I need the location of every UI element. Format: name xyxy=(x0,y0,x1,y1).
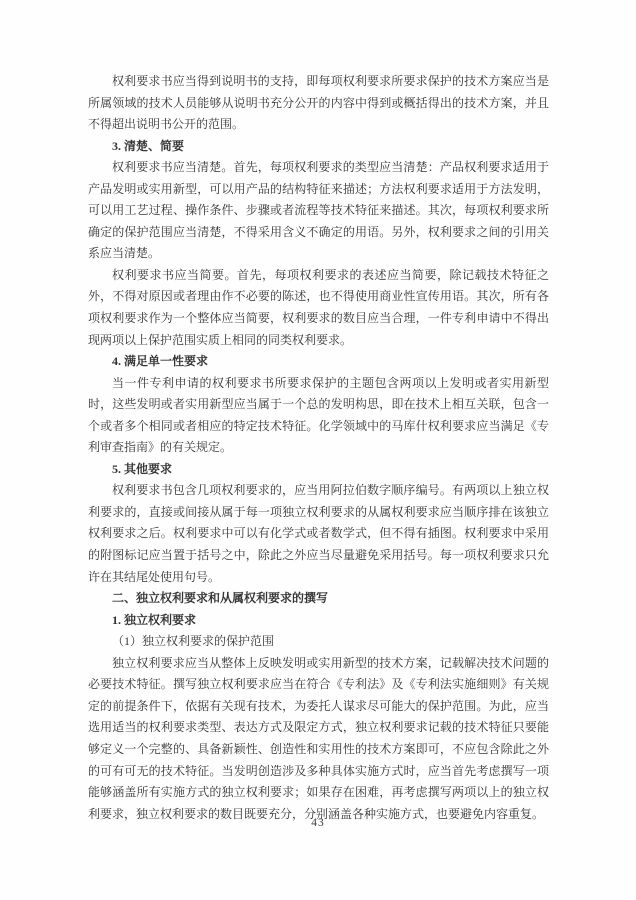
section-heading: 二、独立权利要求和从属权利要求的撰写 xyxy=(88,588,549,610)
paragraph: 权利要求书应当得到说明书的支持，即每项权利要求所要求保护的技术方案应当是所属领域… xyxy=(88,71,549,136)
paragraph: 权利要求书包含几项权利要求的，应当用阿拉伯数字顺序编号。有两项以上独立权利要求的… xyxy=(88,480,549,588)
paragraph: 当一件专利申请的权利要求书所要求保护的主题包含两项以上发明或者实用新型时，这些发… xyxy=(88,373,549,459)
paragraph: 权利要求书应当清楚。首先，每项权利要求的类型应当清楚：产品权利要求适用于产品发明… xyxy=(88,157,549,265)
sub-heading: （1）独立权利要求的保护范围 xyxy=(88,631,549,653)
document-content: 权利要求书应当得到说明书的支持，即每项权利要求所要求保护的技术方案应当是所属领域… xyxy=(88,71,549,825)
section-heading: 4. 满足单一性要求 xyxy=(88,351,549,373)
section-heading: 3. 清楚、简要 xyxy=(88,136,549,158)
page-number: 43 xyxy=(0,817,636,829)
section-heading: 5. 其他要求 xyxy=(88,459,549,481)
section-heading: 1. 独立权利要求 xyxy=(88,610,549,632)
paragraph: 权利要求书应当简要。首先，每项权利要求的表述应当简要，除记载技术特征之外，不得对… xyxy=(88,265,549,351)
document-page: 权利要求书应当得到说明书的支持，即每项权利要求所要求保护的技术方案应当是所属领域… xyxy=(0,0,636,900)
paragraph: 独立权利要求应当从整体上反映发明或实用新型的技术方案，记载解决技术问题的必要技术… xyxy=(88,653,549,825)
